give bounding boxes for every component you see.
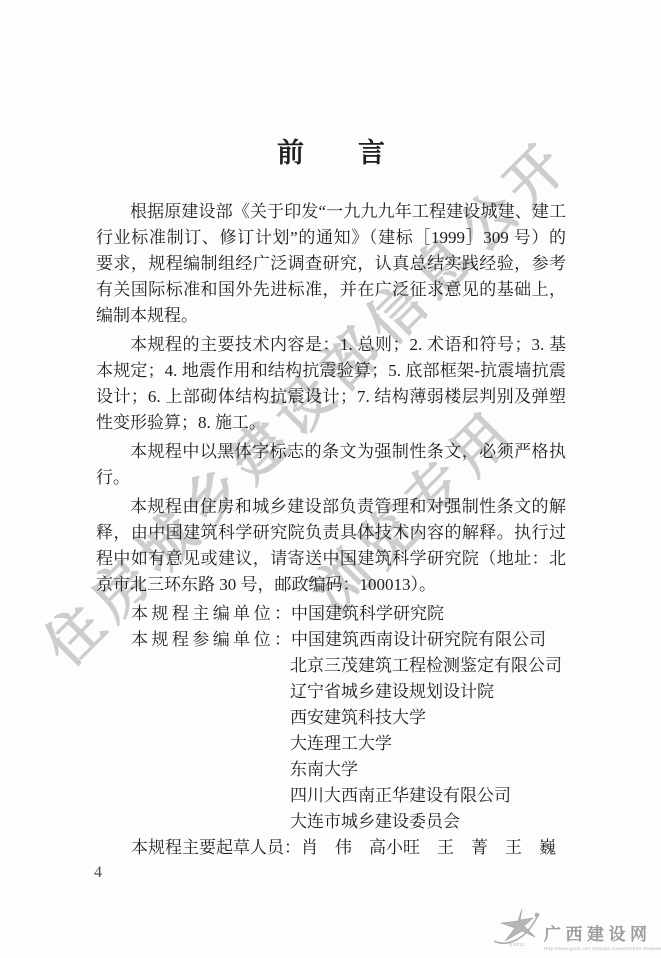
- drafters-label: 本规程主要起草人员：: [131, 838, 301, 857]
- chief-editor-unit: 中国建筑科学研究院: [291, 604, 444, 623]
- participating-units-line: 本规程参编单位：中国建筑西南设计研究院有限公司: [96, 627, 566, 653]
- chief-editor-line: 本规程主编单位：中国建筑科学研究院: [96, 601, 566, 627]
- paragraph-mandatory: 本规程中以黑体字标志的条文为强制性条文，必须严格执行。: [96, 439, 566, 491]
- logo-text-block: 广西建设网 Http://www.gxcic.net Guangxi Const…: [544, 906, 661, 951]
- paragraph-management: 本规程由住房和城乡建设部负责管理和对强制性条文的解释，由中国建筑科学研究院负责具…: [96, 494, 566, 598]
- document-page: 住房城乡建设部信息公开 浏览专用 前 言 根据原建设部《关于印发“一九九九年工程…: [0, 0, 661, 958]
- participating-unit: 北京三茂建筑工程检测鉴定有限公司: [290, 653, 566, 679]
- paragraph-basis: 根据原建设部《关于印发“一九九九年工程建设城建、建工行业标准制订、修订计划”的通…: [96, 199, 566, 329]
- site-logo: GXCIC 广西建设网 Http://www.gxcic.net Guangxi…: [492, 906, 661, 951]
- credits-section: 本规程主编单位：中国建筑科学研究院 本规程参编单位：中国建筑西南设计研究院有限公…: [96, 601, 566, 861]
- logo-star-column: GXCIC: [492, 906, 542, 947]
- participating-unit: 辽宁省城乡建设规划设计院: [290, 679, 566, 705]
- drafters-names: 肖 伟 高小旺 王 菁 王 巍: [301, 838, 556, 857]
- paragraph-contents: 本规程的主要技术内容是：1. 总则；2. 术语和符号；3. 基本规定；4. 地震…: [96, 332, 566, 436]
- participating-units-list: 北京三茂建筑工程检测鉴定有限公司 辽宁省城乡建设规划设计院 西安建筑科技大学 大…: [96, 653, 566, 835]
- participating-unit: 东南大学: [290, 757, 566, 783]
- participating-unit: 四川大西南正华建设有限公司: [290, 783, 566, 809]
- logo-site-name: 广西建设网: [544, 920, 661, 945]
- chief-editor-label: 本规程主编单位：: [131, 601, 291, 627]
- participating-unit: 中国建筑西南设计研究院有限公司: [291, 630, 546, 649]
- star-caption: GXCIC: [509, 942, 525, 947]
- participating-unit: 西安建筑科技大学: [290, 705, 566, 731]
- page-content: 前 言 根据原建设部《关于印发“一九九九年工程建设城建、建工行业标准制订、修订计…: [96, 0, 566, 861]
- preface-body: 根据原建设部《关于印发“一九九九年工程建设城建、建工行业标准制订、修订计划”的通…: [96, 199, 566, 598]
- participating-unit: 大连市城乡建设委员会: [290, 809, 566, 835]
- drafters-line: 本规程主要起草人员：肖 伟 高小旺 王 菁 王 巍: [96, 835, 566, 861]
- page-number: 4: [94, 864, 102, 882]
- logo-caption: Http://www.gxcic.net Guangxi Constructio…: [544, 946, 661, 951]
- participating-units-label: 本规程参编单位：: [131, 627, 291, 653]
- participating-unit: 大连理工大学: [290, 731, 566, 757]
- page-title: 前 言: [96, 139, 566, 167]
